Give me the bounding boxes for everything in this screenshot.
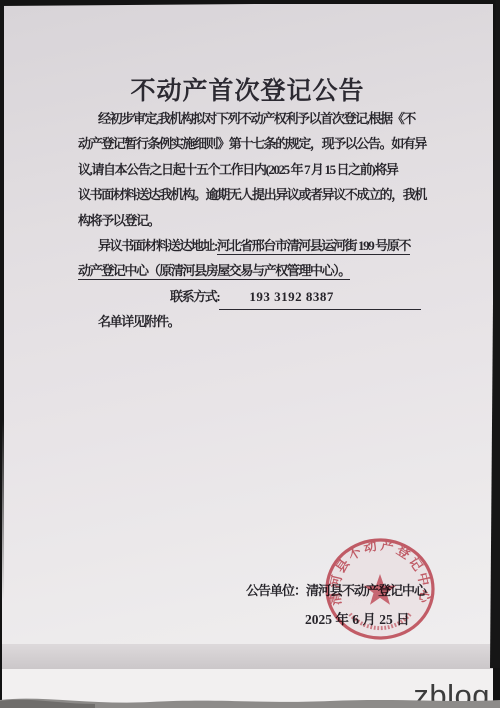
address-value: 河北省邢台市清河县运河街 199 号原不: [217, 238, 410, 255]
address-value: 动产登记中心（原清河县房屋交易与产权管理中心）。: [78, 263, 350, 280]
contact-line: 联系方式:193 3192 8387: [78, 284, 426, 309]
contact-phone: 193 3192 8387: [249, 289, 334, 304]
attachment-note: 名单详见附件。: [78, 309, 426, 334]
photo-background: 不动产首次登记公告 经初步审定,我机构拟对下列不动产权利予以首次登记,根据《不 …: [0, 0, 500, 708]
address-line: 异议书面材料送达地址:河北省邢台市清河县运河街 199 号原不: [78, 233, 426, 258]
paper-shade-band: [2, 644, 493, 669]
contact-underline: 193 3192 8387: [219, 284, 421, 310]
body-line: 动产登记暂行条例实施细则》第十七条的规定，现予以公告。如有异: [78, 131, 426, 156]
address-label: 异议书面材料送达地址:: [98, 238, 217, 253]
body-line: 议书面材料送达我机构。逾期无人提出异议或者异议不成立的，我机: [78, 182, 426, 207]
contact-label: 联系方式:: [170, 289, 219, 304]
document-body: 经初步审定,我机构拟对下列不动产权利予以首次登记,根据《不 动产登记暂行条例实施…: [78, 106, 426, 335]
body-line: 经初步审定,我机构拟对下列不动产权利予以首次登记,根据《不: [78, 106, 426, 131]
official-seal: 清河县不动产登记中心: [322, 536, 438, 642]
body-line: 构将予以登记。: [78, 208, 426, 233]
photo-edge-left: [0, 0, 4, 600]
paper-bottom-edge: [0, 692, 500, 708]
body-line: 议,请自本公告之日起十五个工作日内(2025 年 7 月 15 日之前)将异: [78, 157, 426, 182]
page-title: 不动产首次登记公告: [2, 71, 493, 107]
document-page: 不动产首次登记公告 经初步审定,我机构拟对下列不动产权利予以首次登记,根据《不 …: [2, 4, 493, 708]
address-line: 动产登记中心（原清河县房屋交易与产权管理中心）。: [78, 258, 426, 283]
